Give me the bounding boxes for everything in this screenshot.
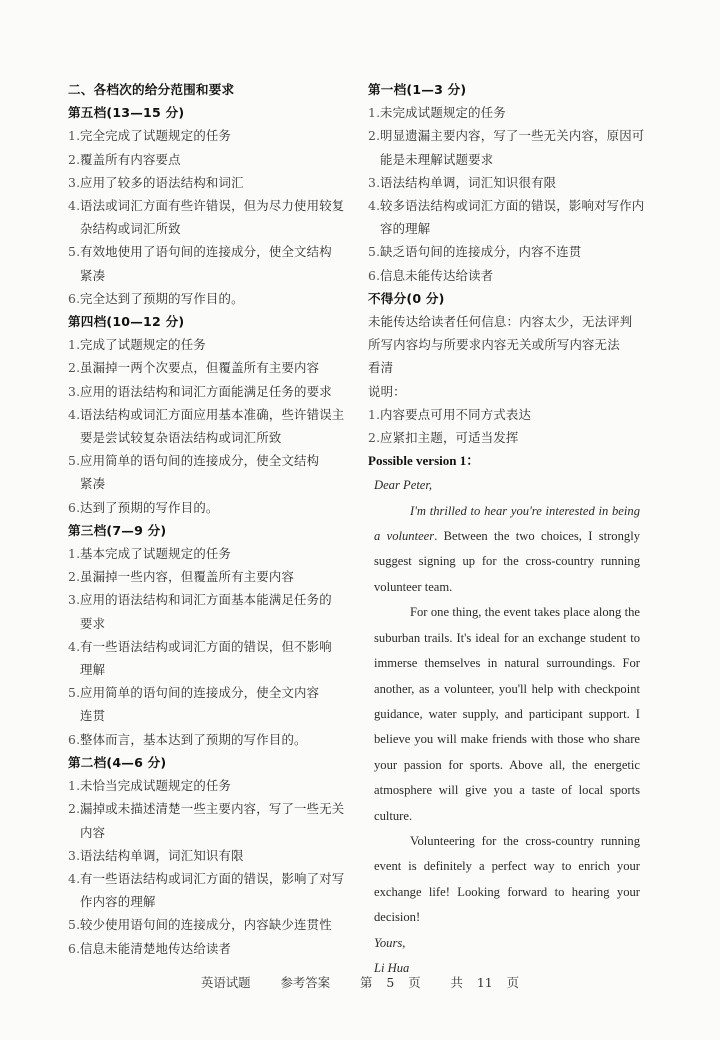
band-description-line: 未能传达给读者任何信息：内容太少，无法评判 <box>368 310 640 333</box>
list-item: 1.内容要点可用不同方式表达 <box>368 403 640 426</box>
letter-greeting: Dear Peter, <box>374 473 640 498</box>
list-item: 3.应用的语法结构和词汇方面能满足任务的要求 <box>68 380 360 403</box>
right-column: 第一档(1—3 分) 1.未完成试题规定的任务 2.明显遗漏主要内容，写了一些无… <box>368 78 640 981</box>
band-5: 第五档(13—15 分) 1.完全完成了试题规定的任务 2.覆盖所有内容要点 3… <box>68 101 360 310</box>
list-item: 3.语法结构单调，词汇知识很有限 <box>368 171 640 194</box>
list-item: 4.语法或词汇方面有些许错误，但为尽力使用较复 <box>68 194 360 217</box>
band-title: 第四档(10—12 分) <box>68 310 360 333</box>
list-item-continuation: 紧凑 <box>68 472 360 495</box>
page-footer: 英语试题 参考答案 第 5 页 共 11 页 <box>0 973 720 991</box>
band-description-line: 看清 <box>368 356 640 379</box>
list-item: 4.较多语法结构或词汇方面的错误，影响对写作内 <box>368 194 640 217</box>
list-item: 1.基本完成了试题规定的任务 <box>68 542 360 565</box>
letter-paragraph-2: For one thing, the event takes place alo… <box>374 600 640 829</box>
footer-total-pages: 共 11 页 <box>451 975 519 990</box>
list-item: 6.完全达到了预期的写作目的。 <box>68 287 360 310</box>
sample-letter: Dear Peter, I'm thrilled to hear you're … <box>368 473 640 981</box>
band-title: 不得分(0 分) <box>368 287 640 310</box>
band-0: 不得分(0 分) 未能传达给读者任何信息：内容太少，无法评判 所写内容均与所要求… <box>368 287 640 380</box>
list-item-continuation: 要求 <box>68 612 360 635</box>
list-item: 6.达到了预期的写作目的。 <box>68 496 360 519</box>
list-item: 3.应用的语法结构和词汇方面基本能满足任务的 <box>68 588 360 611</box>
band-1: 第一档(1—3 分) 1.未完成试题规定的任务 2.明显遗漏主要内容，写了一些无… <box>368 78 640 287</box>
letter-paragraph-1: I'm thrilled to hear you're interested i… <box>374 499 640 601</box>
band-2: 第二档(4—6 分) 1.未恰当完成试题规定的任务 2.漏掉或未描述清楚一些主要… <box>68 751 360 960</box>
list-item: 4.语法结构或词汇方面应用基本准确，些许错误主 <box>68 403 360 426</box>
band-title: 第五档(13—15 分) <box>68 101 360 124</box>
list-item: 2.覆盖所有内容要点 <box>68 148 360 171</box>
footer-subject: 英语试题 <box>201 975 251 990</box>
list-item-continuation: 连贯 <box>68 704 360 727</box>
list-item: 5.应用简单的语句间的连接成分，使全文内容 <box>68 681 360 704</box>
letter-paragraph-3: Volunteering for the cross-country runni… <box>374 829 640 931</box>
band-title: 第二档(4—6 分) <box>68 751 360 774</box>
list-item: 1.完成了试题规定的任务 <box>68 333 360 356</box>
notes: 说明： 1.内容要点可用不同方式表达 2.应紧扣主题，可适当发挥 <box>368 380 640 450</box>
list-item: 5.应用简单的语句间的连接成分，使全文结构 <box>68 449 360 472</box>
list-item-continuation: 杂结构或词汇所致 <box>68 217 360 240</box>
list-item: 3.语法结构单调，词汇知识有限 <box>68 844 360 867</box>
letter-closing: Yours, <box>374 931 640 956</box>
list-item-continuation: 作内容的理解 <box>68 890 360 913</box>
list-item-continuation: 容的理解 <box>368 217 640 240</box>
footer-page-number: 第 5 页 <box>360 975 421 990</box>
list-item: 1.未完成试题规定的任务 <box>368 101 640 124</box>
list-item-continuation: 内容 <box>68 821 360 844</box>
list-item: 1.完全完成了试题规定的任务 <box>68 124 360 147</box>
list-item: 6.整体而言，基本达到了预期的写作目的。 <box>68 728 360 751</box>
list-item: 2.应紧扣主题，可适当发挥 <box>368 426 640 449</box>
list-item-continuation: 理解 <box>68 658 360 681</box>
list-item: 5.有效地使用了语句间的连接成分，使全文结构 <box>68 240 360 263</box>
band-3: 第三档(7—9 分) 1.基本完成了试题规定的任务 2.虽漏掉一些内容，但覆盖所… <box>68 519 360 751</box>
band-4: 第四档(10—12 分) 1.完成了试题规定的任务 2.虽漏掉一两个次要点，但覆… <box>68 310 360 519</box>
notes-title: 说明： <box>368 380 640 403</box>
band-description-line: 所写内容均与所要求内容无关或所写内容无法 <box>368 333 640 356</box>
list-item: 3.应用了较多的语法结构和词汇 <box>68 171 360 194</box>
possible-version-label: Possible version 1： <box>368 449 640 473</box>
list-item: 4.有一些语法结构或词汇方面的错误，但不影响 <box>68 635 360 658</box>
band-title: 第三档(7—9 分) <box>68 519 360 542</box>
list-item: 1.未恰当完成试题规定的任务 <box>68 774 360 797</box>
section-title: 二、各档次的给分范围和要求 <box>68 78 360 101</box>
list-item: 6.信息未能清楚地传达给读者 <box>68 937 360 960</box>
list-item: 6.信息未能传达给读者 <box>368 264 640 287</box>
list-item: 2.虽漏掉一两个次要点，但覆盖所有主要内容 <box>68 356 360 379</box>
left-column: 二、各档次的给分范围和要求 第五档(13—15 分) 1.完全完成了试题规定的任… <box>68 78 360 960</box>
list-item-continuation: 紧凑 <box>68 264 360 287</box>
list-item: 2.漏掉或未描述清楚一些主要内容，写了一些无关 <box>68 797 360 820</box>
list-item: 2.明显遗漏主要内容，写了一些无关内容，原因可 <box>368 124 640 147</box>
list-item-continuation: 要是尝试较复杂语法结构或词汇所致 <box>68 426 360 449</box>
list-item-continuation: 能是未理解试题要求 <box>368 148 640 171</box>
list-item: 5.缺乏语句间的连接成分，内容不连贯 <box>368 240 640 263</box>
list-item: 4.有一些语法结构或词汇方面的错误，影响了对写 <box>68 867 360 890</box>
footer-type: 参考答案 <box>281 975 331 990</box>
list-item: 5.较少使用语句间的连接成分，内容缺少连贯性 <box>68 913 360 936</box>
band-title: 第一档(1—3 分) <box>368 78 640 101</box>
list-item: 2.虽漏掉一些内容，但覆盖所有主要内容 <box>68 565 360 588</box>
